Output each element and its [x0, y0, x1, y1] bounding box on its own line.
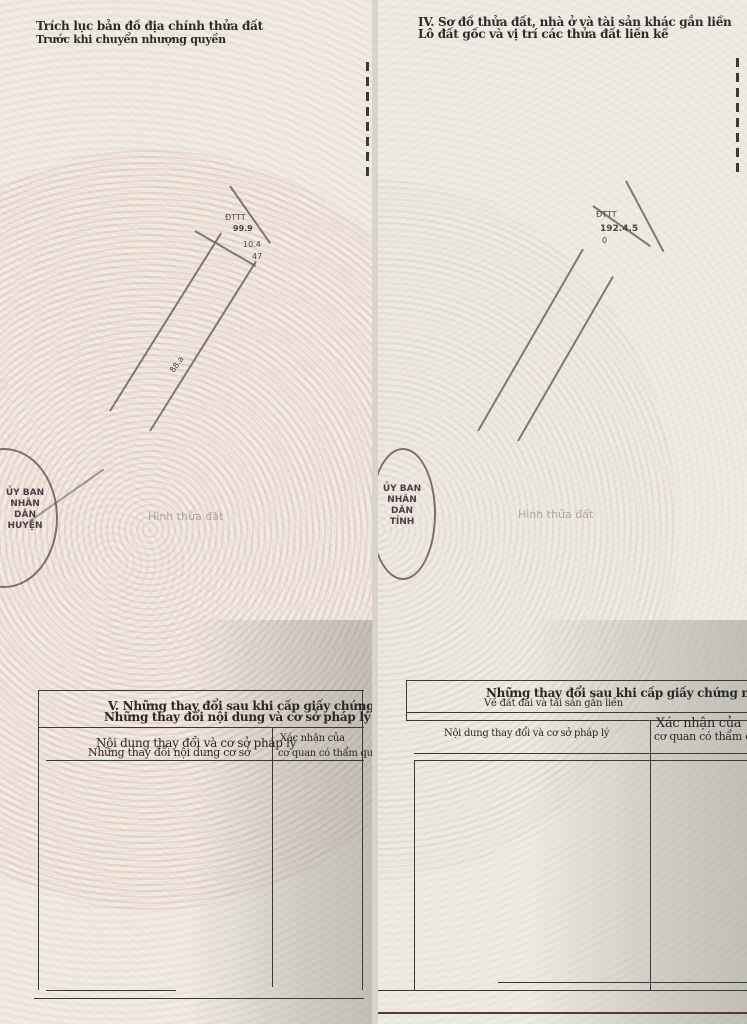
map-label: 99.9: [233, 224, 253, 233]
column-header: cơ quan có thẩm quyền: [654, 731, 747, 743]
side-marks: [736, 58, 740, 178]
map-label: 47: [252, 252, 262, 261]
column-header: Những thay đổi nội dung cơ sở: [88, 747, 250, 759]
seal-text: ỦY BAN NHÂN DÂN TỈNH: [380, 484, 424, 528]
left-page: Trích lục bản đồ địa chính thửa đất Trướ…: [0, 0, 372, 1024]
seal-text: ỦY BAN NHÂN DÂN HUYỆN: [0, 488, 50, 532]
column-header: Xác nhận của: [656, 718, 741, 730]
map-label: 0: [602, 236, 607, 245]
side-marks: [366, 62, 370, 182]
map-label: 192.4.5: [600, 224, 638, 234]
faded-watermark-text: Hình thửa đất: [518, 508, 593, 521]
right-page: IV. Sơ đồ thửa đất, nhà ở và tài sản khá…: [378, 0, 747, 1024]
map-label: ĐTTT: [596, 210, 617, 219]
right-header-line2: Lô đất gốc và vị trí các thửa đất liền k…: [418, 28, 668, 40]
map-label: 10.4: [243, 240, 261, 249]
column-header: Nội dung thay đổi và cơ sở pháp lý: [444, 728, 609, 740]
table-title-line2: Những thay đổi nội dung và cơ sở pháp lý: [104, 711, 370, 723]
column-header: cơ quan có thẩm quyền: [278, 748, 372, 760]
left-header-line1: Trích lục bản đồ địa chính thửa đất: [36, 20, 263, 32]
left-header-line2: Trước khi chuyển nhượng quyền: [36, 34, 226, 46]
map-label: ĐTTT: [225, 213, 246, 222]
faded-watermark-text: Hình thửa đất: [148, 510, 223, 523]
column-header: Xác nhận của: [280, 733, 345, 745]
table-title-line2: Về đất đai và tài sản gắn liền: [484, 698, 623, 710]
